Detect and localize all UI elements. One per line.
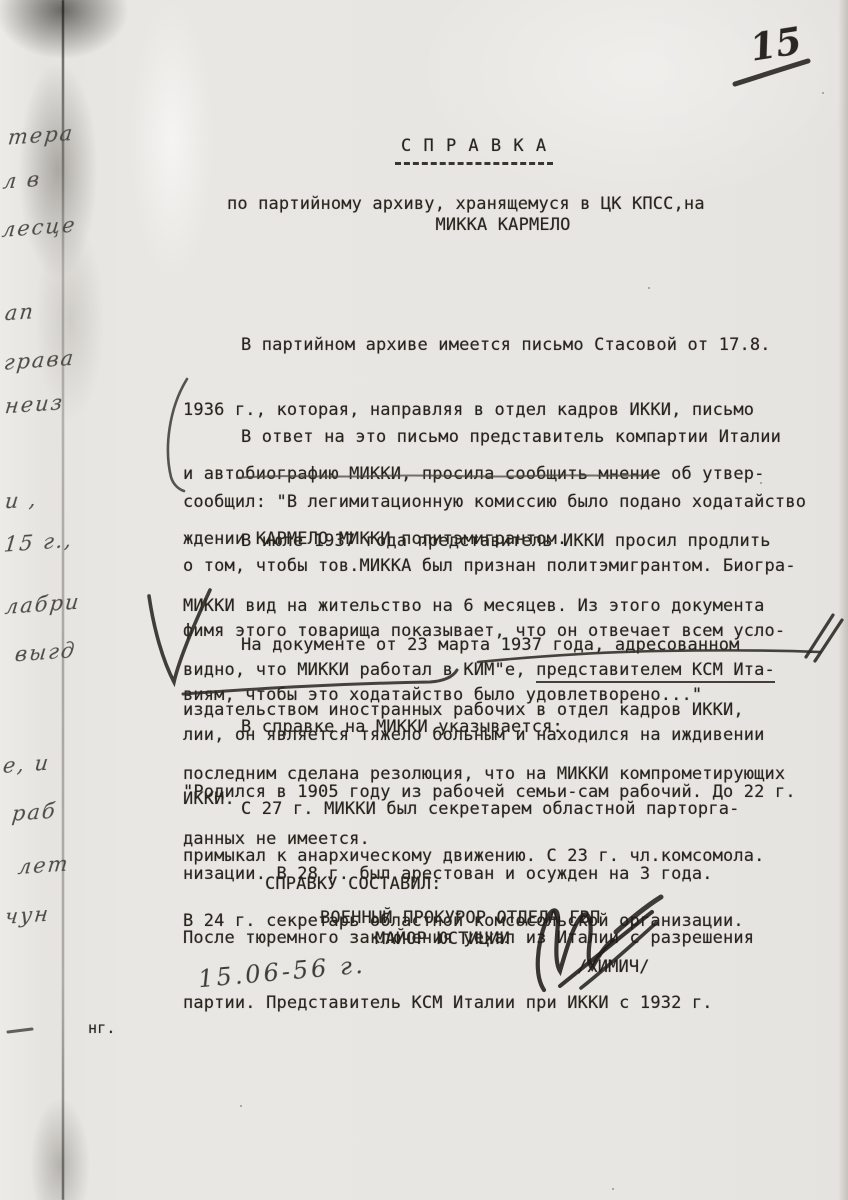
- body-line: С 27 г. МИККИ был секретарем областной п…: [183, 799, 754, 821]
- margin-note: и ,: [4, 487, 39, 514]
- body-line: В ответ на это письмо представитель комп…: [183, 427, 806, 449]
- margin-note: е, и: [2, 750, 52, 778]
- body-line: В партийном архиве имеется письмо Стасов…: [183, 335, 771, 357]
- margin-note: тера: [7, 121, 76, 150]
- subtitle-line2: МИККА КАРМЕЛО: [183, 215, 823, 237]
- margin-note: 15 г.,: [3, 527, 75, 556]
- double-slash-mark: [806, 615, 833, 657]
- margin-note: лет: [17, 851, 71, 879]
- body-line: партии. Представитель КСМ Италии при ИКК…: [183, 993, 754, 1015]
- margin-note: л в: [2, 167, 43, 194]
- margin-note: неиз: [4, 390, 66, 418]
- paper-speck: [240, 1105, 242, 1107]
- margin-note: грава: [3, 345, 77, 374]
- body-line: В июле 1937 года представитель ИККИ прос…: [183, 531, 775, 553]
- document-title: С П Р А В К А: [395, 136, 553, 165]
- margin-note: ап: [4, 299, 37, 325]
- margin-note: раб: [11, 798, 58, 825]
- typist-initials: нг.: [88, 1018, 116, 1040]
- document-scan-page: 15 С П Р А В К А по партийному архиву, х…: [0, 0, 848, 1200]
- margin-note: чун: [4, 901, 52, 928]
- margin-note: выгд: [14, 638, 78, 667]
- prepared-by-label: СПРАВКУ СОСТАВИЛ:: [265, 874, 442, 896]
- paper-speck: [648, 287, 650, 289]
- signer-role-line1: ВОЕННЫЙ ПРОКУРОР ОТДЕЛА ГВП: [320, 908, 600, 930]
- margin-note: лабри: [4, 589, 82, 619]
- bottom-left-dash-mark: [8, 1029, 32, 1032]
- handwritten-page-number: 15: [747, 18, 805, 70]
- subtitle-line1: по партийному архиву, хранящемуся в ЦК К…: [183, 194, 848, 216]
- paper-speck: [612, 1188, 614, 1190]
- paper-speck: [822, 92, 824, 94]
- body-line: В справке на МИККИ указывается:: [183, 717, 796, 739]
- body-line: На документе от 23 марта 1937 года, адре…: [183, 635, 785, 657]
- paragraph-6: С 27 г. МИККИ был секретарем областной п…: [183, 756, 754, 1057]
- signer-role-line2: МАЙОР ЮСТИЦИИ: [375, 929, 510, 951]
- margin-note: лесце: [1, 212, 78, 241]
- signer-name: /ХИМИЧ/: [577, 957, 650, 979]
- scan-right-edge-shadow: [838, 0, 848, 1200]
- paper-speck: [760, 482, 762, 484]
